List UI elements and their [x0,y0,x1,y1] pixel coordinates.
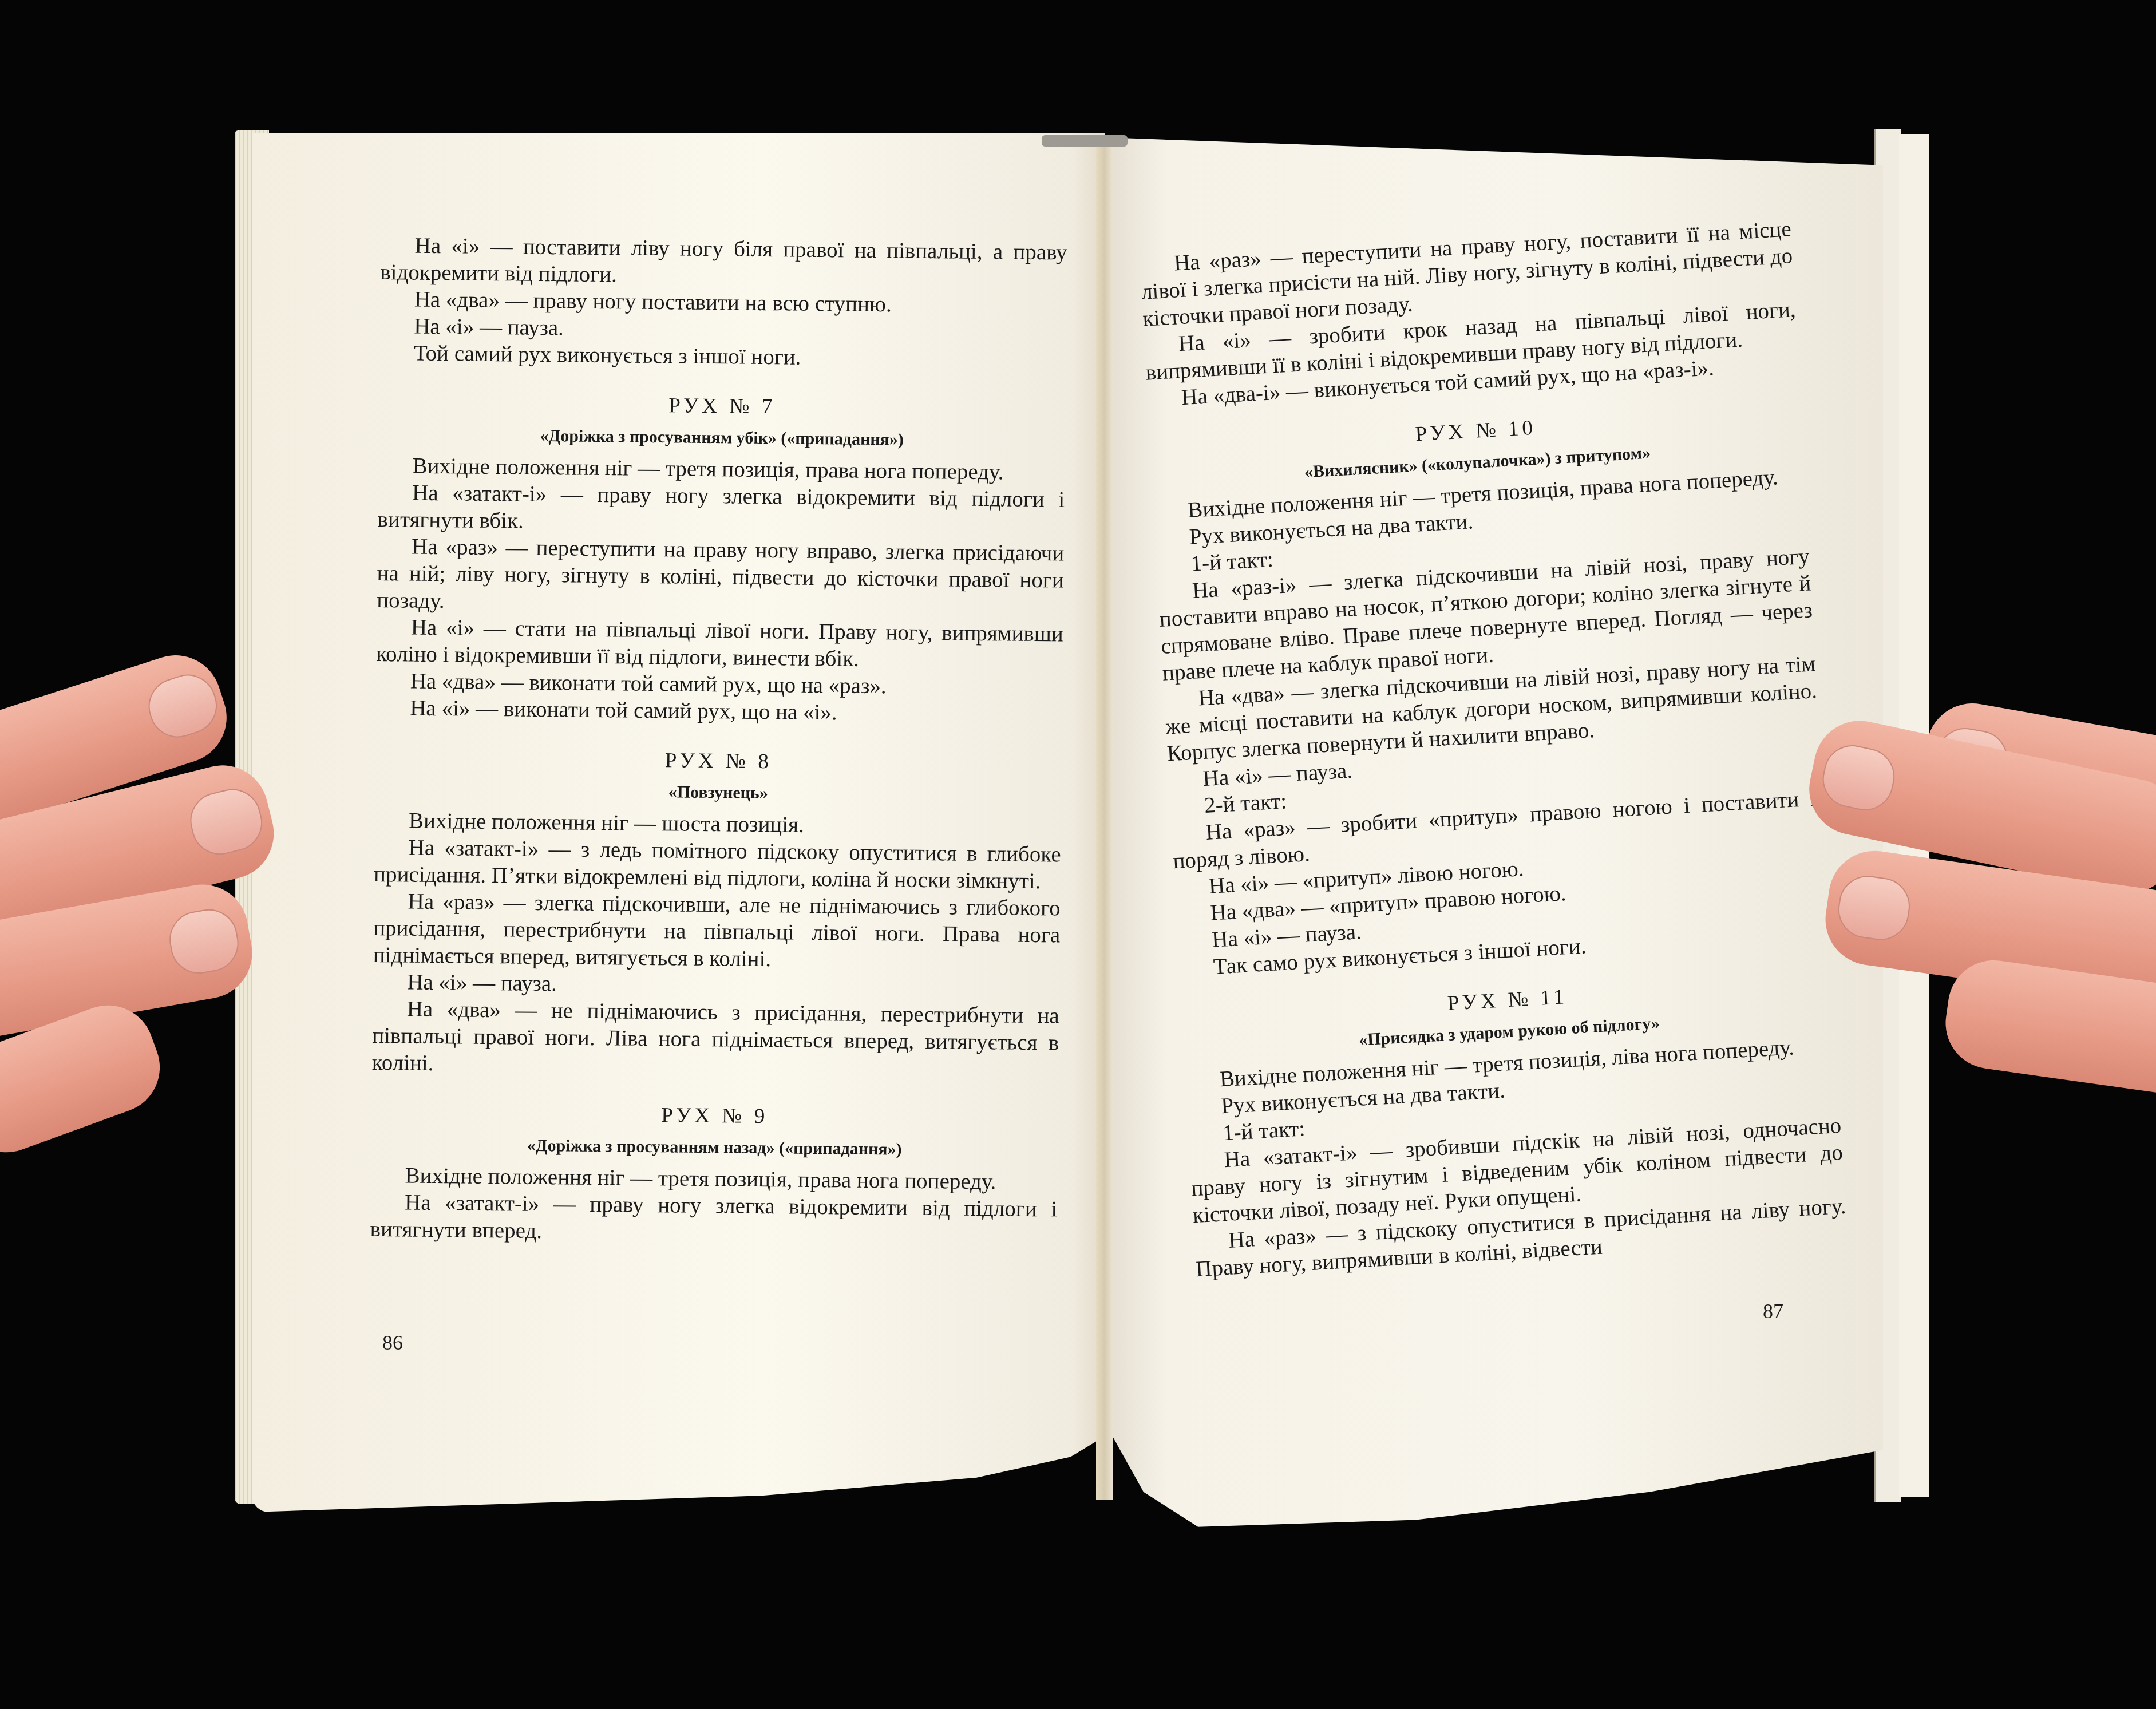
fingernail [1834,872,1913,944]
paragraph: На «затакт-і» — з ледь помітного підскок… [374,834,1061,895]
fingernail [165,905,243,978]
section-heading: РУХ № 8 [375,744,1062,778]
section-subtitle: «Доріжка з просуванням назад» («припадан… [371,1130,1058,1165]
paragraph: На «затакт-і» — праву ногу злегка відокр… [370,1189,1058,1250]
section-heading: РУХ № 9 [371,1099,1058,1133]
section-subtitle: «Повзунець» [375,776,1062,810]
paragraph: На «і» — поставити ліву ногу біля правої… [380,232,1067,293]
paragraph: На «два» — не піднімаючись з присідання,… [372,995,1059,1083]
paragraph: На «раз» — злегка підскочивши, але не пі… [373,888,1061,976]
paragraph: На «і» — стати на півпальці лівої ноги. … [376,614,1063,675]
left-page-number: 86 [382,1331,403,1355]
right-page-text: На «раз» — переступити на праву ногу, по… [1139,215,1848,1283]
paragraph: На «затакт-і» — праву ногу злегка відокр… [377,479,1065,540]
book-binding-top [1042,135,1128,147]
fingernail [141,667,224,745]
photo-scene: На «і» — поставити ліву ногу біля правої… [0,0,2156,1709]
section-heading: РУХ № 7 [379,389,1066,424]
right-page-number: 87 [1763,1299,1783,1323]
fingernail [1817,740,1900,816]
left-page-text: На «і» — поставити ліву ногу біля правої… [370,232,1067,1249]
paragraph: На «раз» — переступити на праву ногу впр… [377,533,1064,621]
fingernail [184,783,268,861]
section-subtitle: «Доріжка з просуванням убік» («припаданн… [378,421,1065,455]
book-spine-gutter [1096,137,1113,1500]
